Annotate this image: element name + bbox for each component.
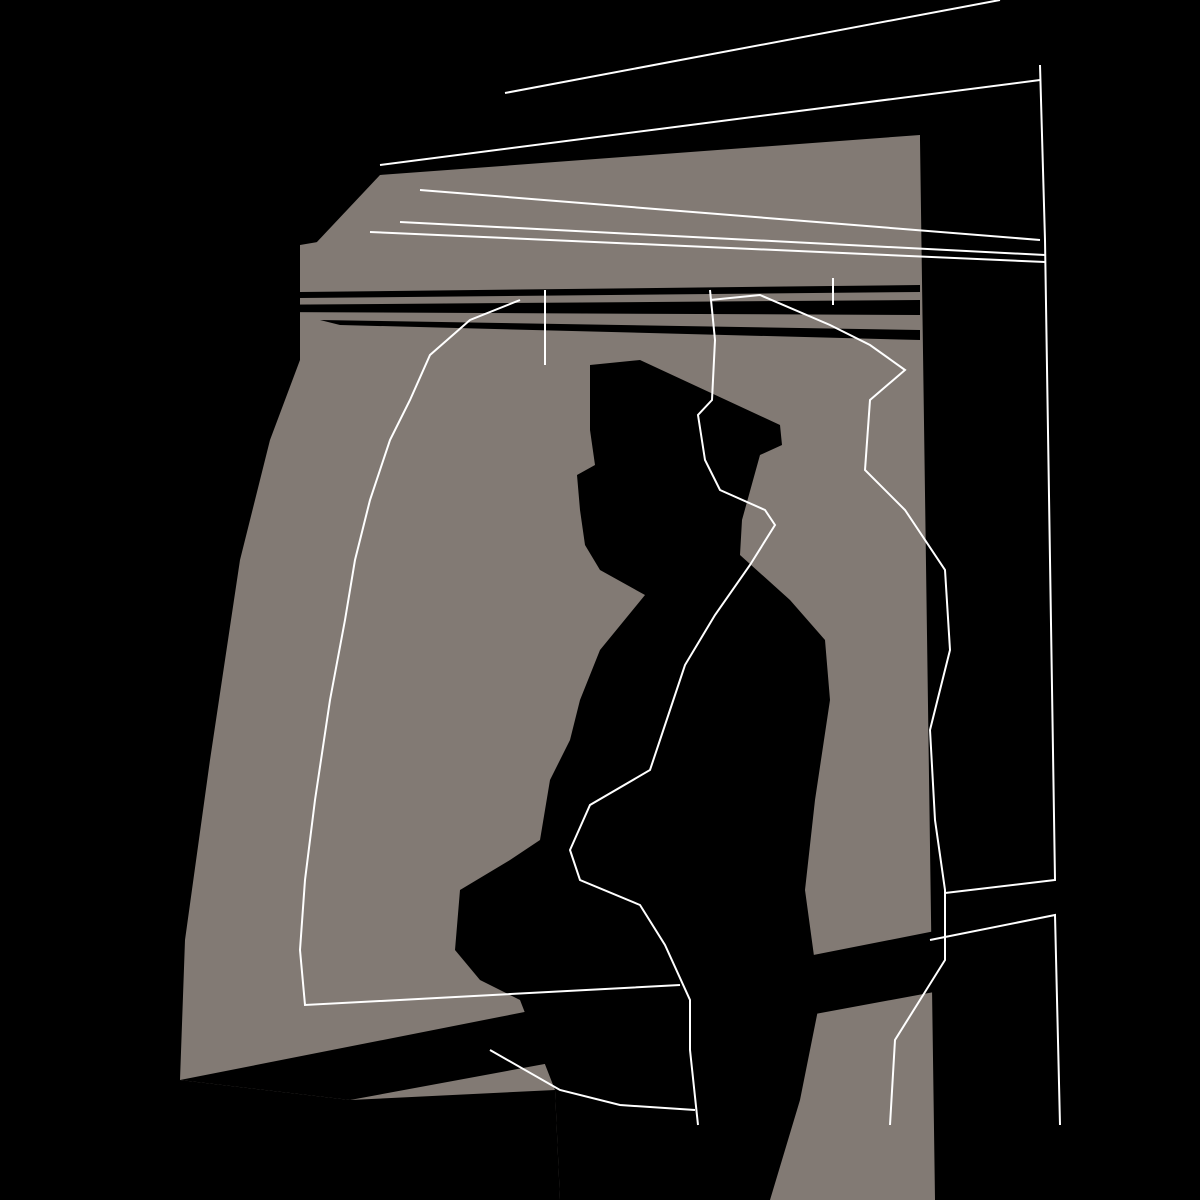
contour-window-lower (930, 915, 1060, 1125)
contour-ceiling-line-1 (505, 0, 1000, 93)
ceiling-band (300, 135, 920, 280)
contour-window-frame (945, 65, 1055, 893)
artwork-svg (0, 0, 1200, 1200)
artwork-canvas (0, 0, 1200, 1200)
